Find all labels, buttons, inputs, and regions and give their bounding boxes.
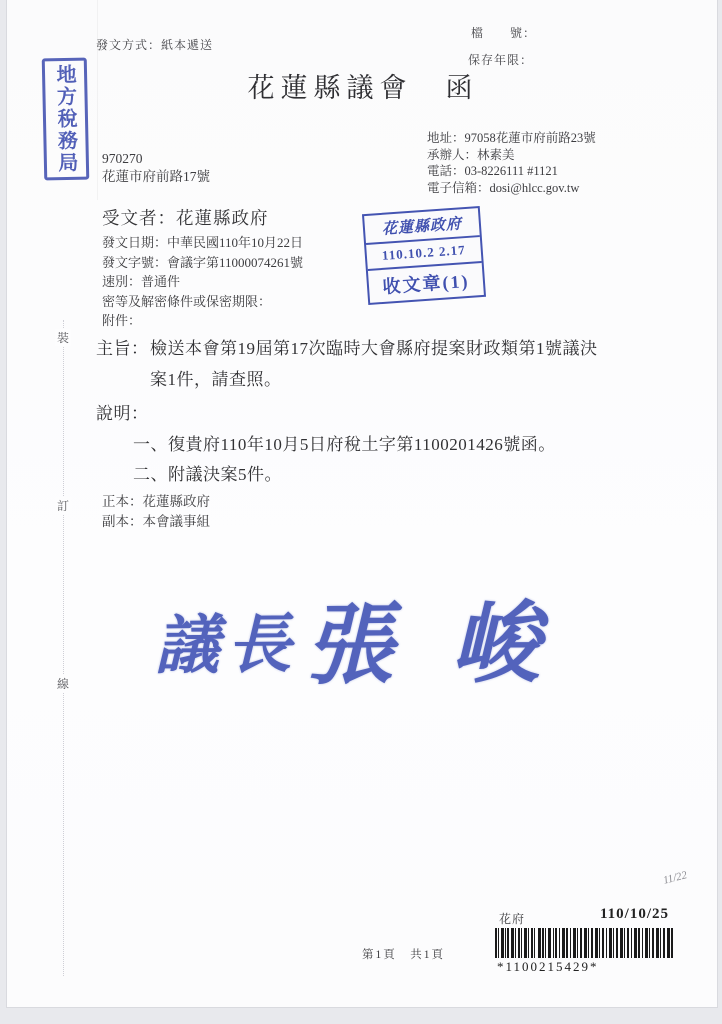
- copies-block: 正本：花蓮縣政府 副本：本會議事組: [102, 492, 210, 532]
- speed-class: 速別：普通件: [102, 272, 303, 292]
- receipt-stamp-label: 收文章(1): [368, 263, 484, 303]
- chairman-signature-stamp: 議長 張 峻: [154, 565, 635, 710]
- scanned-document: 發文方式：紙本遞送 檔 號： 保存年限： 花蓮縣議會 函 地方稅務局 地址：97…: [0, 0, 722, 1024]
- handwritten-mark: 11/22: [662, 869, 688, 887]
- dept-code: 花府: [499, 910, 525, 927]
- barcode: [495, 928, 675, 963]
- signature-title: 議長: [155, 593, 300, 687]
- received-date-stamp: 110/10/25: [600, 906, 669, 923]
- contact-address: 地址：97058花蓮市府前路23號: [427, 130, 596, 147]
- receipt-stamp: 花蓮縣政府 110.10.2 2.17 收文章(1): [362, 206, 486, 305]
- delivery-method: 發文方式：紙本遞送: [96, 36, 213, 53]
- subject-line1: 檢送本會第19屆第17次臨時大會縣府提案財政類第1號議決: [150, 334, 598, 359]
- contact-phone: 電話：03-8226111 #1121: [427, 163, 596, 180]
- contact-clerk: 承辦人：林素美: [427, 147, 596, 164]
- tax-bureau-stamp-text: 地方稅務局: [50, 64, 81, 175]
- meta-block: 發文日期：中華民國110年10月22日 發文字號：會議字第11000074261…: [102, 233, 303, 331]
- subject-line2: 案1件，請查照。: [150, 365, 282, 390]
- file-number-label: 檔 號：: [471, 24, 536, 41]
- sender-block: 970270 花蓮市府前路17號: [102, 150, 210, 186]
- security-class: 密等及解密條件或保密期限：: [102, 292, 303, 312]
- description-item-1: 一、復貴府110年10月5日府稅土字第1100201426號函。: [133, 430, 556, 455]
- copies-original: 正本：花蓮縣政府: [102, 492, 210, 512]
- contact-block: 地址：97058花蓮市府前路23號 承辦人：林素美 電話：03-8226111 …: [427, 130, 596, 196]
- binding-mark-ding: 訂: [55, 497, 71, 514]
- contact-email: 電子信箱：dosi@hlcc.gov.tw: [427, 180, 596, 197]
- doc-number: 發文字號：會議字第11000074261號: [102, 253, 303, 273]
- barcode-bars: [495, 928, 675, 958]
- letter-page: 發文方式：紙本遞送 檔 號： 保存年限： 花蓮縣議會 函 地方稅務局 地址：97…: [6, 0, 718, 1008]
- barcode-number: *1100215429*: [497, 959, 599, 975]
- signature-name-2: 峻: [450, 573, 539, 700]
- page-number: 第1頁 共1頁: [362, 946, 445, 962]
- recipient-line: 受文者：花蓮縣政府: [102, 205, 269, 230]
- signature-name-1: 張: [304, 575, 393, 702]
- copies-cc: 副本：本會議事組: [102, 512, 210, 532]
- sender-address: 花蓮市府前路17號: [102, 168, 210, 186]
- sender-zip: 970270: [102, 150, 210, 168]
- binding-mark-zhuang: 裝: [55, 329, 71, 346]
- description-item-2: 二、附議決案5件。: [133, 460, 282, 485]
- description-label: 說明：: [96, 399, 149, 424]
- tax-bureau-stamp: 地方稅務局: [42, 58, 90, 181]
- binding-fold-line: [63, 320, 64, 976]
- document-title: 花蓮縣議會 函: [7, 66, 719, 105]
- attachment-label: 附件：: [102, 311, 303, 331]
- issue-date: 發文日期：中華民國110年10月22日: [102, 233, 303, 253]
- binding-mark-xian: 線: [55, 675, 71, 692]
- subject-label: 主旨：: [96, 334, 149, 359]
